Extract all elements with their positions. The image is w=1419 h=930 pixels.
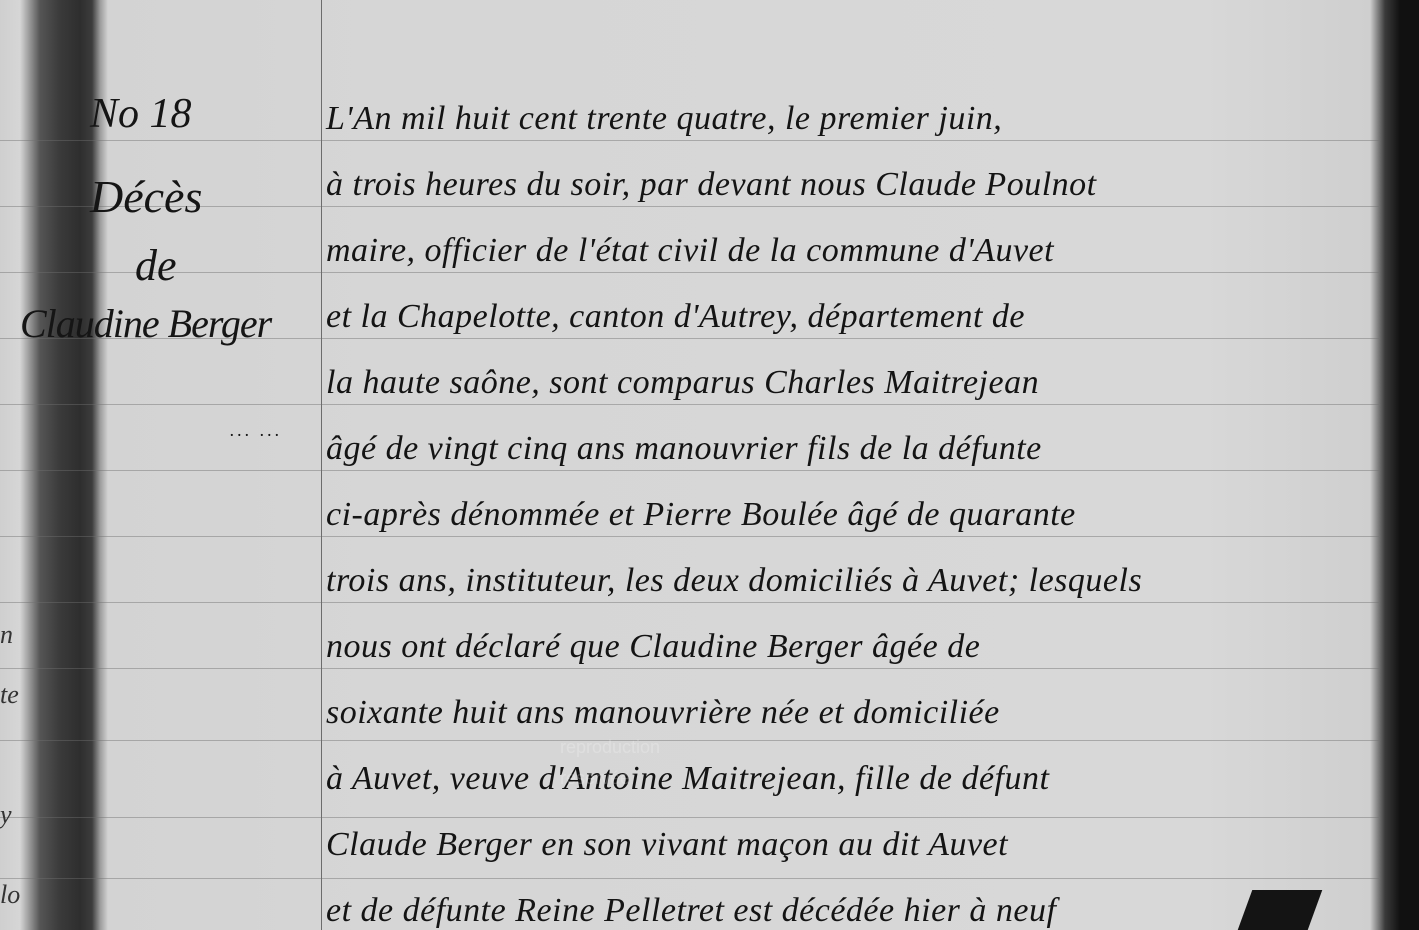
register-page: n te y lo No 18 Décès de Claudine Berger… (0, 0, 1419, 930)
left-edge-fragment: y (0, 800, 12, 830)
text-line: soixante huit ans manouvrière née et dom… (326, 694, 1000, 732)
margin-rule (321, 0, 322, 930)
ruled-line (0, 668, 1379, 669)
ruled-line (0, 602, 1379, 603)
entry-number: No 18 (90, 90, 192, 138)
ink-blot (1238, 890, 1323, 930)
ruled-line (0, 740, 1379, 741)
text-line: Claude Berger en son vivant maçon au dit… (326, 826, 1008, 864)
ruled-line (0, 536, 1379, 537)
watermark-text: reproduction (560, 737, 660, 758)
text-line: nous ont déclaré que Claudine Berger âgé… (326, 628, 980, 666)
ruled-line (0, 272, 1379, 273)
left-edge-fragment: n (0, 620, 13, 650)
ruled-line (0, 878, 1379, 879)
text-line: la haute saône, sont comparus Charles Ma… (326, 364, 1039, 402)
text-line: trois ans, instituteur, les deux domicil… (326, 562, 1142, 600)
entry-title: Décès (90, 170, 202, 223)
text-line: à Auvet, veuve d'Antoine Maitrejean, fil… (326, 760, 1049, 798)
text-line: à trois heures du soir, par devant nous … (326, 166, 1097, 204)
text-line: maire, officier de l'état civil de la co… (326, 232, 1054, 270)
ruled-line (0, 817, 1379, 818)
margin-dots: ... ... (230, 420, 283, 441)
ruled-line (0, 404, 1379, 405)
text-line: ci-après dénommée et Pierre Boulée âgé d… (326, 496, 1076, 534)
text-line: âgé de vingt cinq ans manouvrier fils de… (326, 430, 1042, 468)
text-line: L'An mil huit cent trente quatre, le pre… (326, 100, 1002, 138)
text-line: et la Chapelotte, canton d'Autrey, dépar… (326, 298, 1025, 336)
watermark-text: réservée (560, 768, 630, 789)
ruled-line (0, 470, 1379, 471)
ruled-line (0, 140, 1379, 141)
text-line: et de défunte Reine Pelletret est décédé… (326, 892, 1056, 930)
left-edge-fragment: te (0, 680, 19, 710)
left-edge-fragment: lo (0, 880, 20, 910)
ruled-line (0, 206, 1379, 207)
entry-de: de (135, 240, 177, 291)
deceased-name: Claudine Berger (20, 300, 271, 347)
